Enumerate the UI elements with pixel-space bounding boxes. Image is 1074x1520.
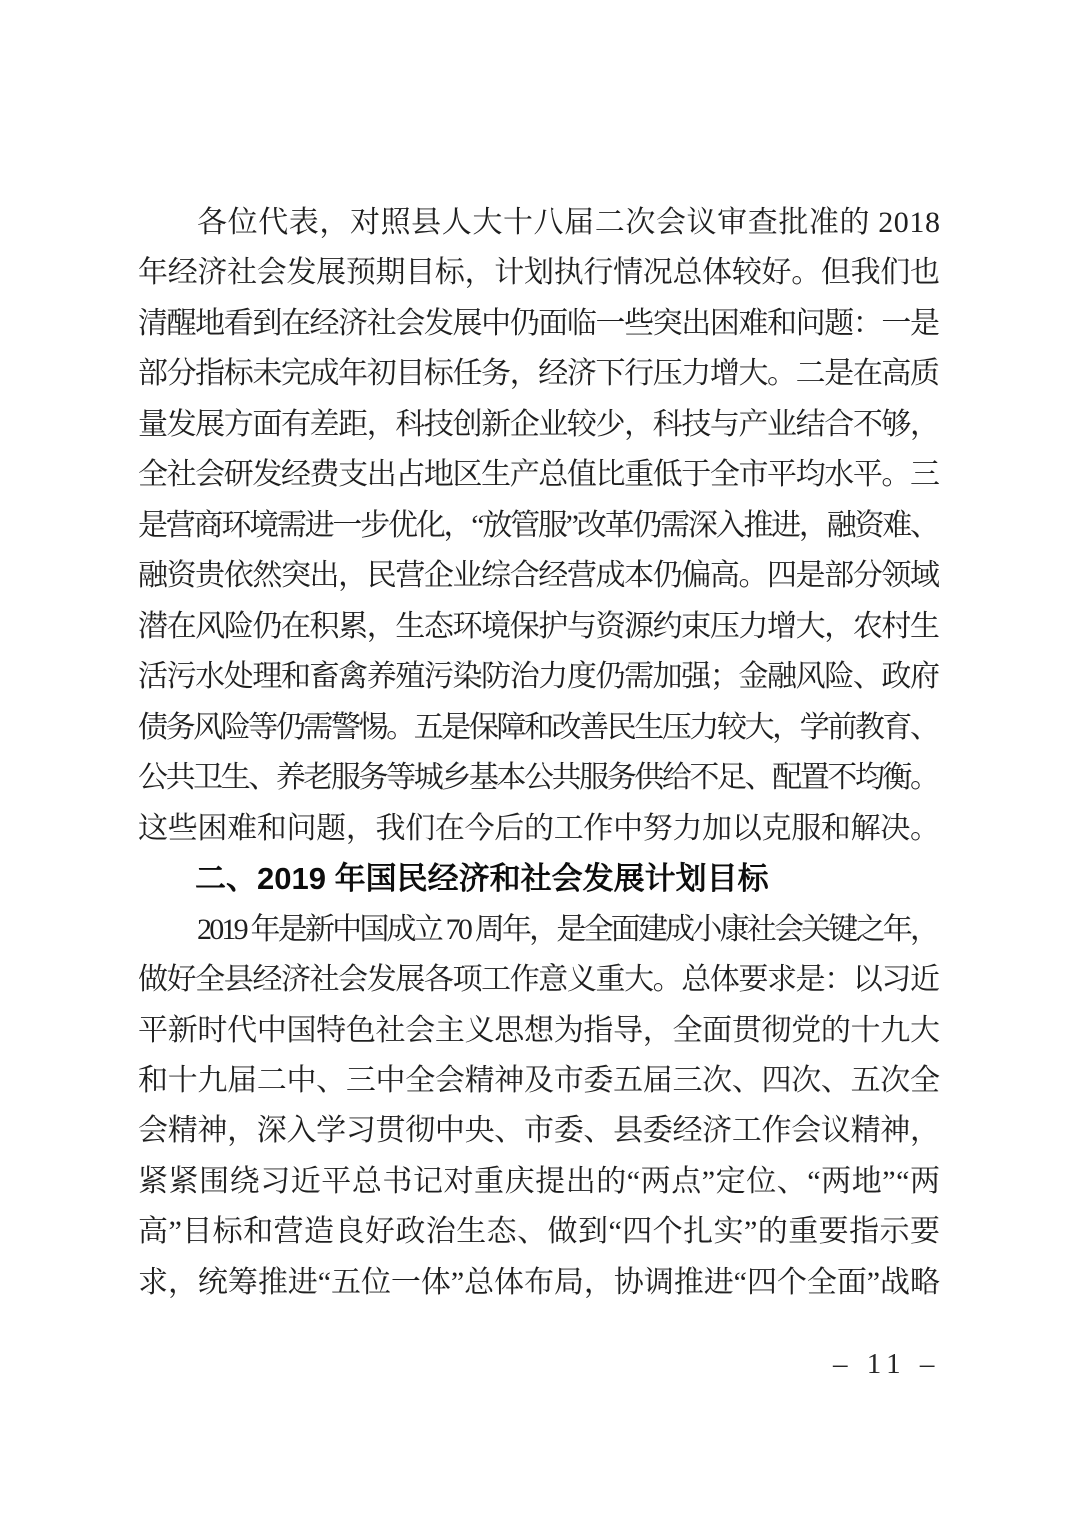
body-line: 融资贵依然突出，民营企业综合经营成本仍偏高。四是部分领域 (138, 551, 940, 601)
document-page: 各位代表，对照县人大十八届二次会议审查批准的 2018 年经济社会发展预期目标，… (0, 0, 1074, 1520)
section-heading-text: 二、2019 年国民经济和社会发展计划目标 (195, 861, 769, 896)
body-line: 2019 年是新中国成立 70 周年，是全面建成小康社会关键之年， (138, 905, 940, 955)
body-line: 平新时代中国特色社会主义思想为指导，全面贯彻党的十九大 (138, 1006, 940, 1056)
body-line: 债务风险等仍需警惕。五是保障和改善民生压力较大，学前教育、 (138, 703, 940, 753)
body-line-text: 平新时代中国特色社会主义思想为指导，全面贯彻党的十九大 (138, 1006, 940, 1056)
body-line-text: 融资贵依然突出，民营企业综合经营成本仍偏高。四是部分领域 (138, 551, 939, 601)
section-heading: 二、2019 年国民经济和社会发展计划目标 (138, 854, 940, 904)
body-line-text: 是营商环境需进一步优化，“放管服”改革仍需深入推进，融资难、 (138, 501, 938, 551)
text-block: 各位代表，对照县人大十八届二次会议审查批准的 2018 年经济社会发展预期目标，… (138, 198, 940, 1308)
body-line: 高”目标和营造良好政治生态、做到“四个扎实”的重要指示要 (138, 1207, 940, 1257)
body-line: 是营商环境需进一步优化，“放管服”改革仍需深入推进，融资难、 (138, 501, 940, 551)
body-line: 会精神，深入学习贯彻中央、市委、县委经济工作会议精神， (138, 1106, 940, 1156)
body-line: 各位代表，对照县人大十八届二次会议审查批准的 2018 (138, 198, 940, 248)
body-line: 这些困难和问题，我们在今后的工作中努力加以克服和解决。 (138, 804, 940, 854)
body-line-text: 年经济社会发展预期目标，计划执行情况总体较好。但我们也 (138, 248, 940, 298)
body-line: 清醒地看到在经济社会发展中仍面临一些突出困难和问题：一是 (138, 299, 940, 349)
body-line: 做好全县经济社会发展各项工作意义重大。总体要求是：以习近 (138, 955, 940, 1005)
body-line-text: 量发展方面有差距，科技创新企业较少，科技与产业结合不够， (138, 400, 939, 450)
body-line: 潜在风险仍在积累，生态环境保护与资源约束压力增大，农村生 (138, 602, 940, 652)
body-line-text: 紧紧围绕习近平总书记对重庆提出的“两点”定位、“两地”“两 (138, 1157, 941, 1207)
body-line: 和十九届二中、三中全会精神及市委五届三次、四次、五次全 (138, 1056, 940, 1106)
body-line-text: 会精神，深入学习贯彻中央、市委、县委经济工作会议精神， (138, 1106, 940, 1156)
body-line-text: 公共卫生、养老服务等城乡基本公共服务供给不足、配置不均衡。 (138, 753, 938, 803)
body-line-text: 债务风险等仍需警惕。五是保障和改善民生压力较大，学前教育、 (138, 703, 938, 753)
body-line-text: 各位代表，对照县人大十八届二次会议审查批准的 2018 (197, 198, 941, 248)
body-line: 全社会研发经费支出占地区生产总值比重低于全市平均水平。三 (138, 450, 940, 500)
body-line-text: 清醒地看到在经济社会发展中仍面临一些突出困难和问题：一是 (138, 299, 939, 349)
body-line: 紧紧围绕习近平总书记对重庆提出的“两点”定位、“两地”“两 (138, 1157, 940, 1207)
page-number: – 11 – (833, 1348, 940, 1381)
body-line: 活污水处理和畜禽养殖污染防治力度仍需加强；金融风险、政府 (138, 652, 940, 702)
body-line: 部分指标未完成年初目标任务，经济下行压力增大。二是在高质 (138, 349, 940, 399)
body-line-text: 做好全县经济社会发展各项工作意义重大。总体要求是：以习近 (138, 955, 939, 1005)
body-line-text: 求，统筹推进“五位一体”总体布局，协调推进“四个全面”战略 (138, 1258, 940, 1308)
body-line: 量发展方面有差距，科技创新企业较少，科技与产业结合不够， (138, 400, 940, 450)
body-line: 公共卫生、养老服务等城乡基本公共服务供给不足、配置不均衡。 (138, 753, 940, 803)
body-line-text: 和十九届二中、三中全会精神及市委五届三次、四次、五次全 (138, 1056, 940, 1106)
body-line-text: 潜在风险仍在积累，生态环境保护与资源约束压力增大，农村生 (138, 602, 939, 652)
body-line-text: 部分指标未完成年初目标任务，经济下行压力增大。二是在高质 (138, 349, 939, 399)
body-line: 年经济社会发展预期目标，计划执行情况总体较好。但我们也 (138, 248, 940, 298)
body-line-text: 2019 年是新中国成立 70 周年，是全面建成小康社会关键之年， (197, 905, 937, 955)
body-line-text: 全社会研发经费支出占地区生产总值比重低于全市平均水平。三 (138, 450, 939, 500)
body-line-text: 高”目标和营造良好政治生态、做到“四个扎实”的重要指示要 (138, 1207, 940, 1257)
body-line: 求，统筹推进“五位一体”总体布局，协调推进“四个全面”战略 (138, 1258, 940, 1308)
body-line-text: 这些困难和问题，我们在今后的工作中努力加以克服和解决。 (138, 804, 940, 854)
body-line-text: 活污水处理和畜禽养殖污染防治力度仍需加强；金融风险、政府 (138, 652, 939, 702)
